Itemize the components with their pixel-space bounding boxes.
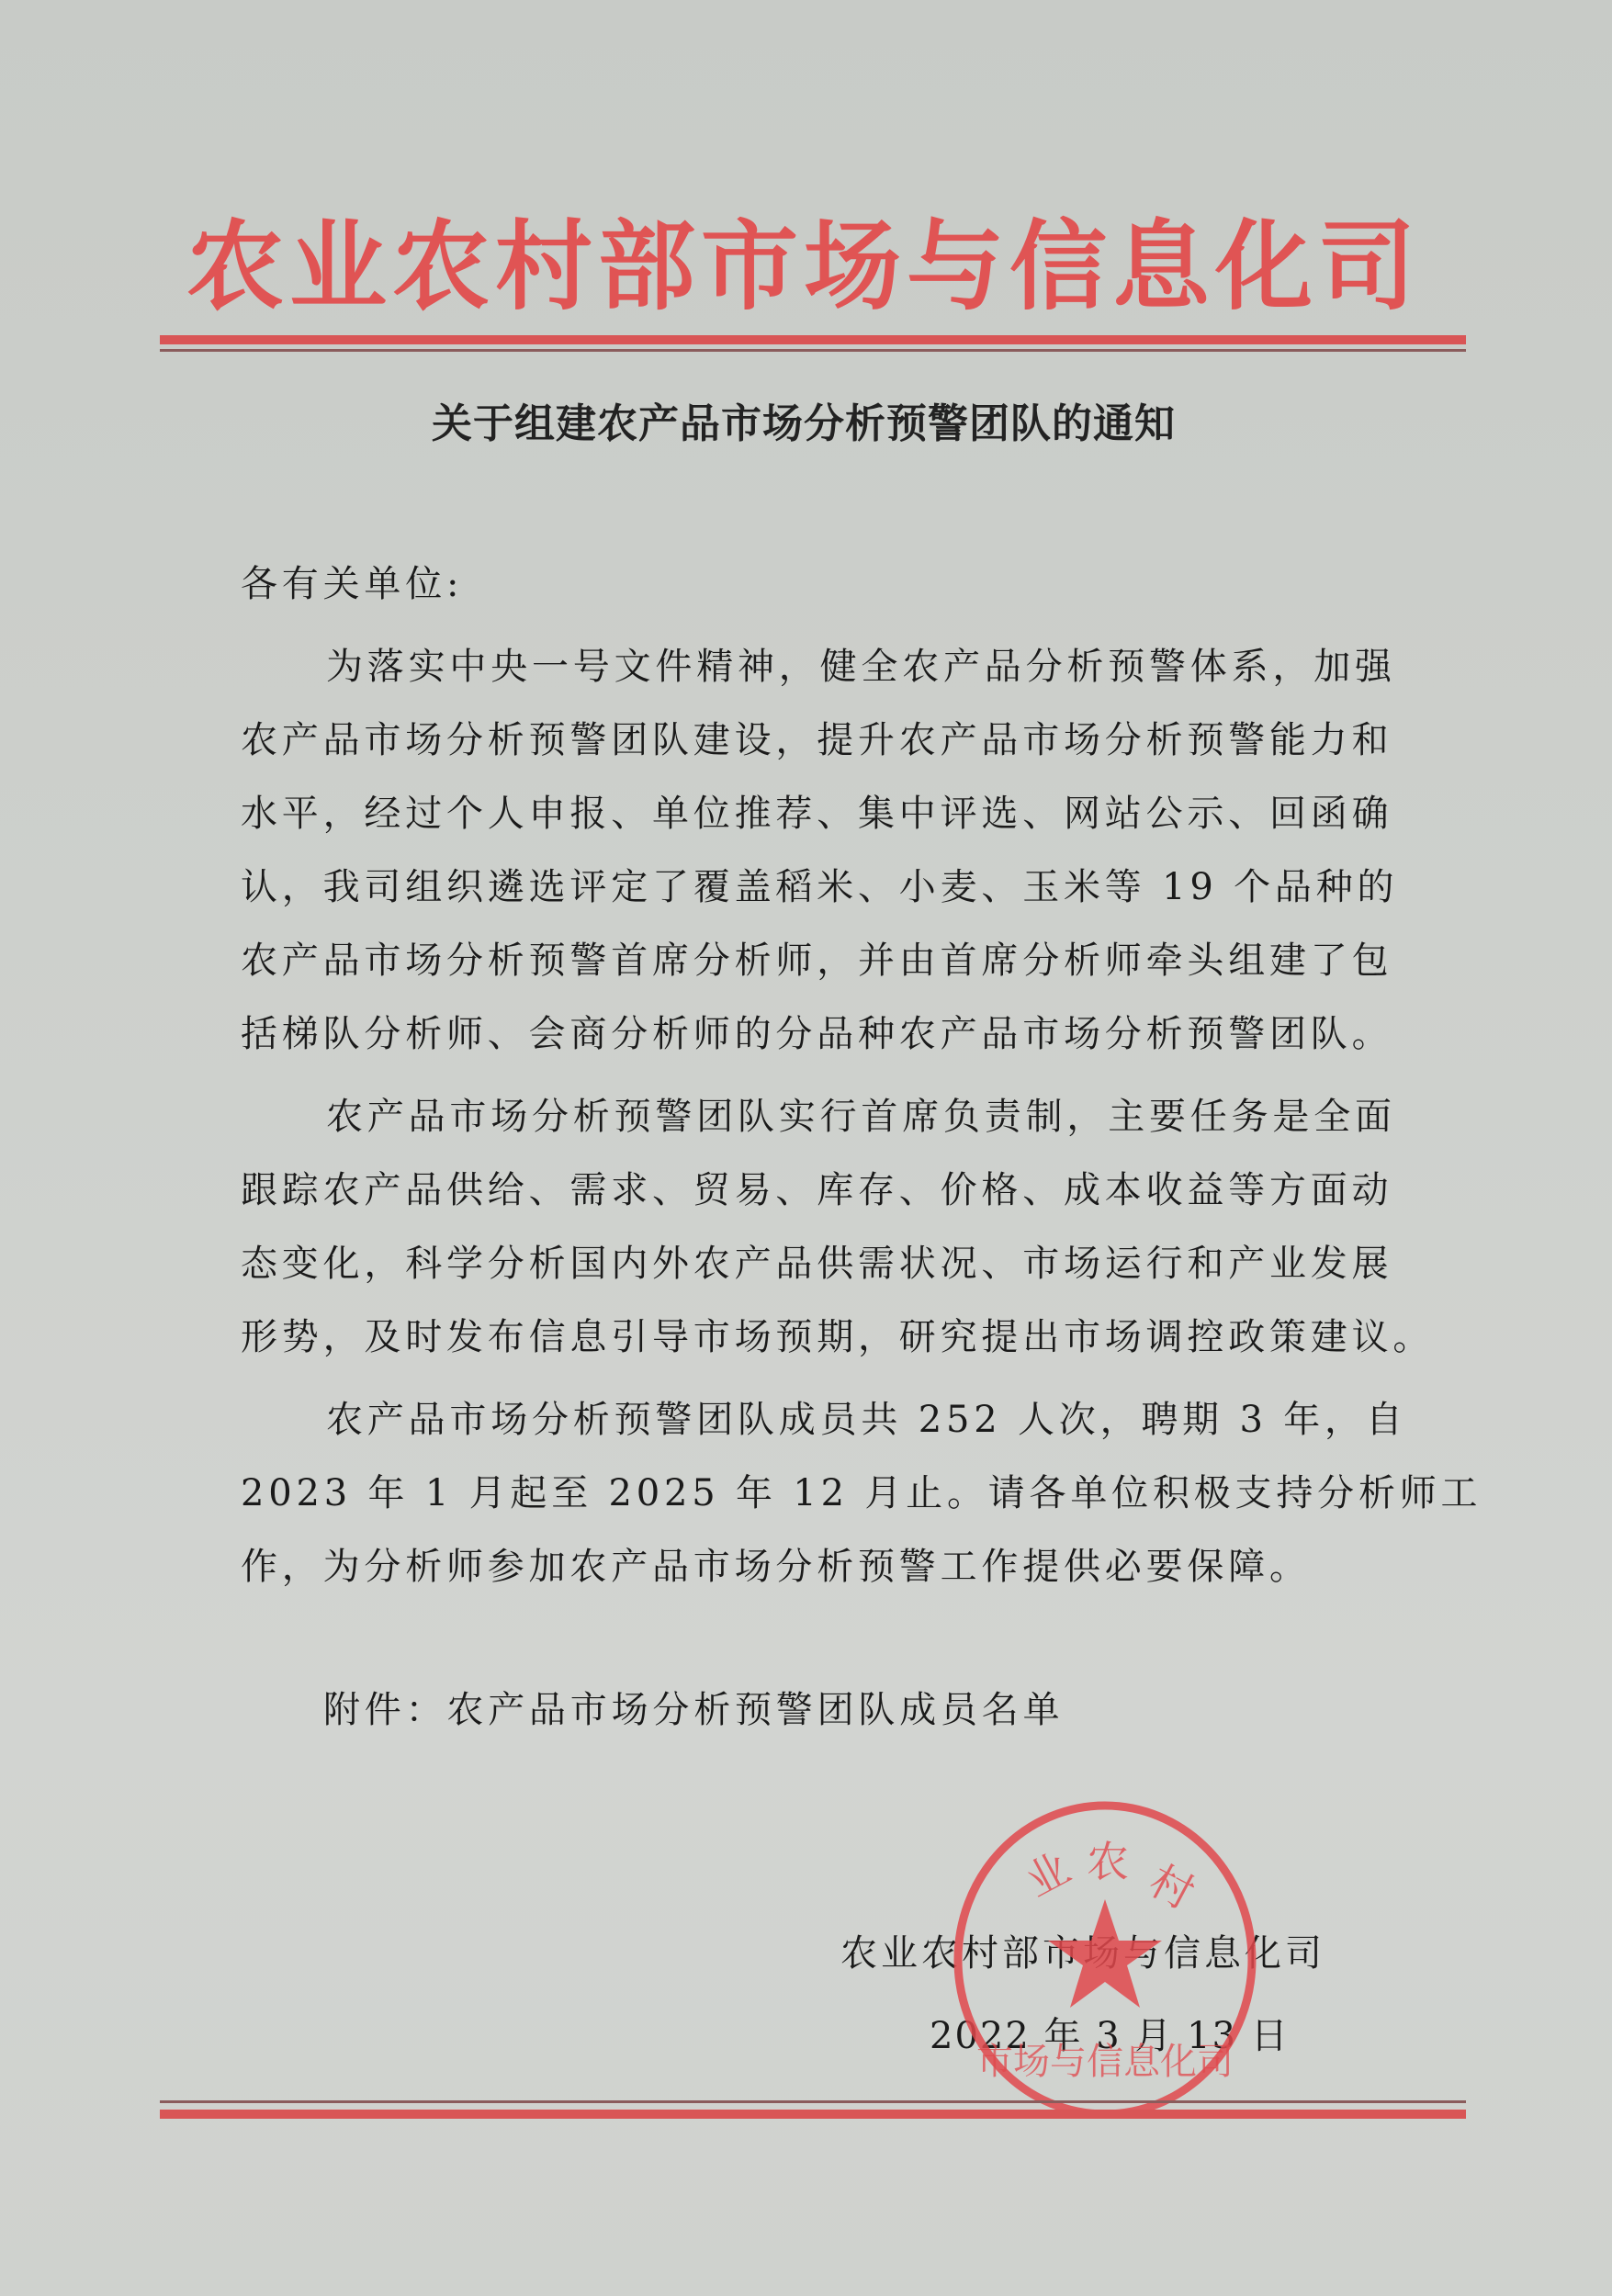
document-title: 关于组建农产品市场分析预警团队的通知 <box>156 390 1451 449</box>
footer-rule-thick <box>160 2110 1466 2119</box>
paragraph-2-line-1: 农产品市场分析预警团队实行首席负责制，主要任务是全面 <box>326 1095 1396 1139</box>
seal-char-cun: 村 <box>1142 1855 1202 1919</box>
seal-char-nong: 农 <box>1087 1837 1129 1886</box>
paragraph-2-line-3: 态变化，科学分析国内外农产品供需状况、市场运行和产业发展 <box>241 1242 1392 1286</box>
paragraph-1-line-5: 农产品市场分析预警首席分析师，并由首席分析师牵头组建了包 <box>241 939 1392 983</box>
paragraph-2-line-2: 跟踪农产品供给、需求、贸易、库存、价格、成本收益等方面动 <box>241 1168 1392 1212</box>
paragraph-1-line-4: 认，我司组织遴选评定了覆盖稻米、小麦、玉米等 19 个品种的 <box>241 865 1398 909</box>
paragraph-1-line-1: 为落实中央一号文件精神，健全农产品分析预警体系，加强 <box>326 645 1396 689</box>
footer-rule-thin <box>160 2100 1466 2103</box>
paragraph-1-line-6: 括梯队分析师、会商分析师的分品种农产品市场分析预警团队。 <box>241 1012 1392 1056</box>
masthead-rule-thin <box>160 349 1466 352</box>
paragraph-3-line-3: 作，为分析师参加农产品市场分析预警工作提供必要保障。 <box>241 1545 1311 1589</box>
signature-issuer: 农业农村部市场与信息化司 <box>840 1931 1325 1975</box>
salutation: 各有关单位: <box>241 562 463 606</box>
paragraph-1-line-2: 农产品市场分析预警团队建设，提升农产品市场分析预警能力和 <box>241 718 1392 762</box>
signature-date: 2022 年 3 月 13 日 <box>930 2014 1290 2058</box>
issuer-masthead: 农业农村部市场与信息化司 <box>156 197 1451 335</box>
paragraph-3-line-1: 农产品市场分析预警团队成员共 252 人次，聘期 3 年，自 <box>326 1398 1407 1442</box>
masthead-rule-thick <box>160 335 1466 344</box>
paragraph-2-line-4: 形势，及时发布信息引导市场预期，研究提出市场调控政策建议。 <box>241 1315 1434 1359</box>
attachment-line: 附件：农产品市场分析预警团队成员名单 <box>323 1688 1064 1732</box>
paragraph-1-line-3: 水平，经过个人申报、单位推荐、集中评选、网站公示、回函确 <box>241 792 1392 836</box>
seal-char-ye: 业 <box>1018 1842 1078 1906</box>
paragraph-3-line-2: 2023 年 1 月起至 2025 年 12 月止。请各单位积极支持分析师工 <box>241 1471 1482 1515</box>
document-page: 农业农村部市场与信息化司 关于组建农产品市场分析预警团队的通知 各有关单位: 为… <box>0 0 1612 2296</box>
